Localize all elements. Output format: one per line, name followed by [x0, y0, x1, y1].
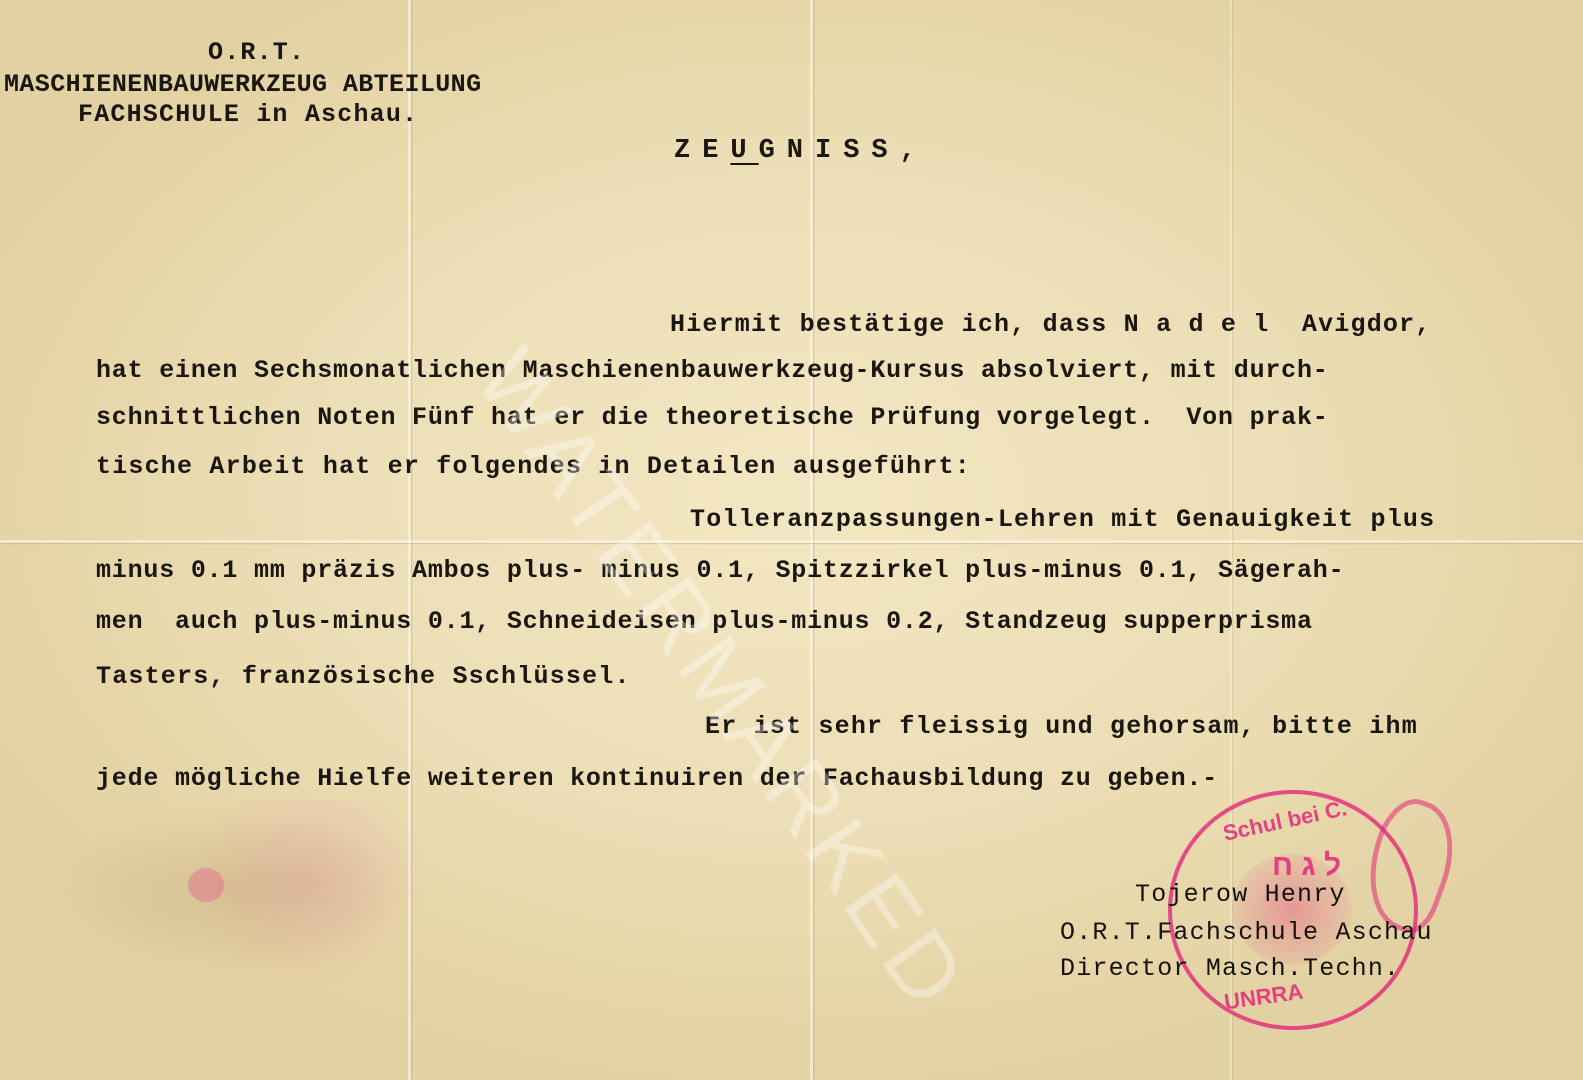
- body-line-7: men auch plus-minus 0.1, Schneideisen pl…: [96, 607, 1313, 636]
- body-line-10: jede mögliche Hielfe weiteren kontinuire…: [96, 764, 1218, 793]
- letterhead-department: MASCHIENENBAUWERKZEUG ABTEILUNG: [4, 70, 481, 99]
- faded-stamp-mark: [180, 800, 440, 1000]
- signatory-institution: O.R.T.Fachschule Aschau: [1060, 918, 1433, 947]
- body-line-5: Tolleranzpassungen-Lehren mit Genauigkei…: [690, 505, 1435, 534]
- certificate-document: O.R.T. MASCHIENENBAUWERKZEUG ABTEILUNG F…: [0, 0, 1583, 1080]
- body-line-4: tische Arbeit hat er folgendes in Detail…: [96, 452, 971, 481]
- stamp-top-text: Schul bei C.: [1221, 795, 1350, 847]
- body-line-2: hat einen Sechsmonatlichen Maschienenbau…: [96, 356, 1329, 385]
- faded-stamp-dot: [188, 868, 224, 902]
- fold-crease: [0, 540, 1583, 543]
- letterhead-school: FACHSCHULE in Aschau.: [78, 100, 418, 129]
- signatory-name: Tojerow Henry: [1135, 880, 1346, 909]
- letterhead-org: O.R.T.: [208, 38, 305, 67]
- stamp-center-mark: ל ג ח: [1272, 849, 1341, 883]
- signatory-role: Director Masch.Techn.: [1060, 954, 1400, 983]
- document-title: ZEUGNISS,: [674, 136, 928, 166]
- body-line-6: minus 0.1 mm präzis Ambos plus- minus 0.…: [96, 556, 1344, 585]
- body-line-9: Er ist sehr fleissig und gehorsam, bitte…: [705, 712, 1418, 741]
- body-line-3: schnittlichen Noten Fünf hat er die theo…: [96, 403, 1329, 432]
- stamp-bottom-text: UNRRA: [1223, 979, 1305, 1016]
- body-line-8: Tasters, französische Sschlüssel.: [96, 662, 631, 691]
- body-line-1: Hiermit bestätige ich, dass N a d e l Av…: [670, 310, 1432, 339]
